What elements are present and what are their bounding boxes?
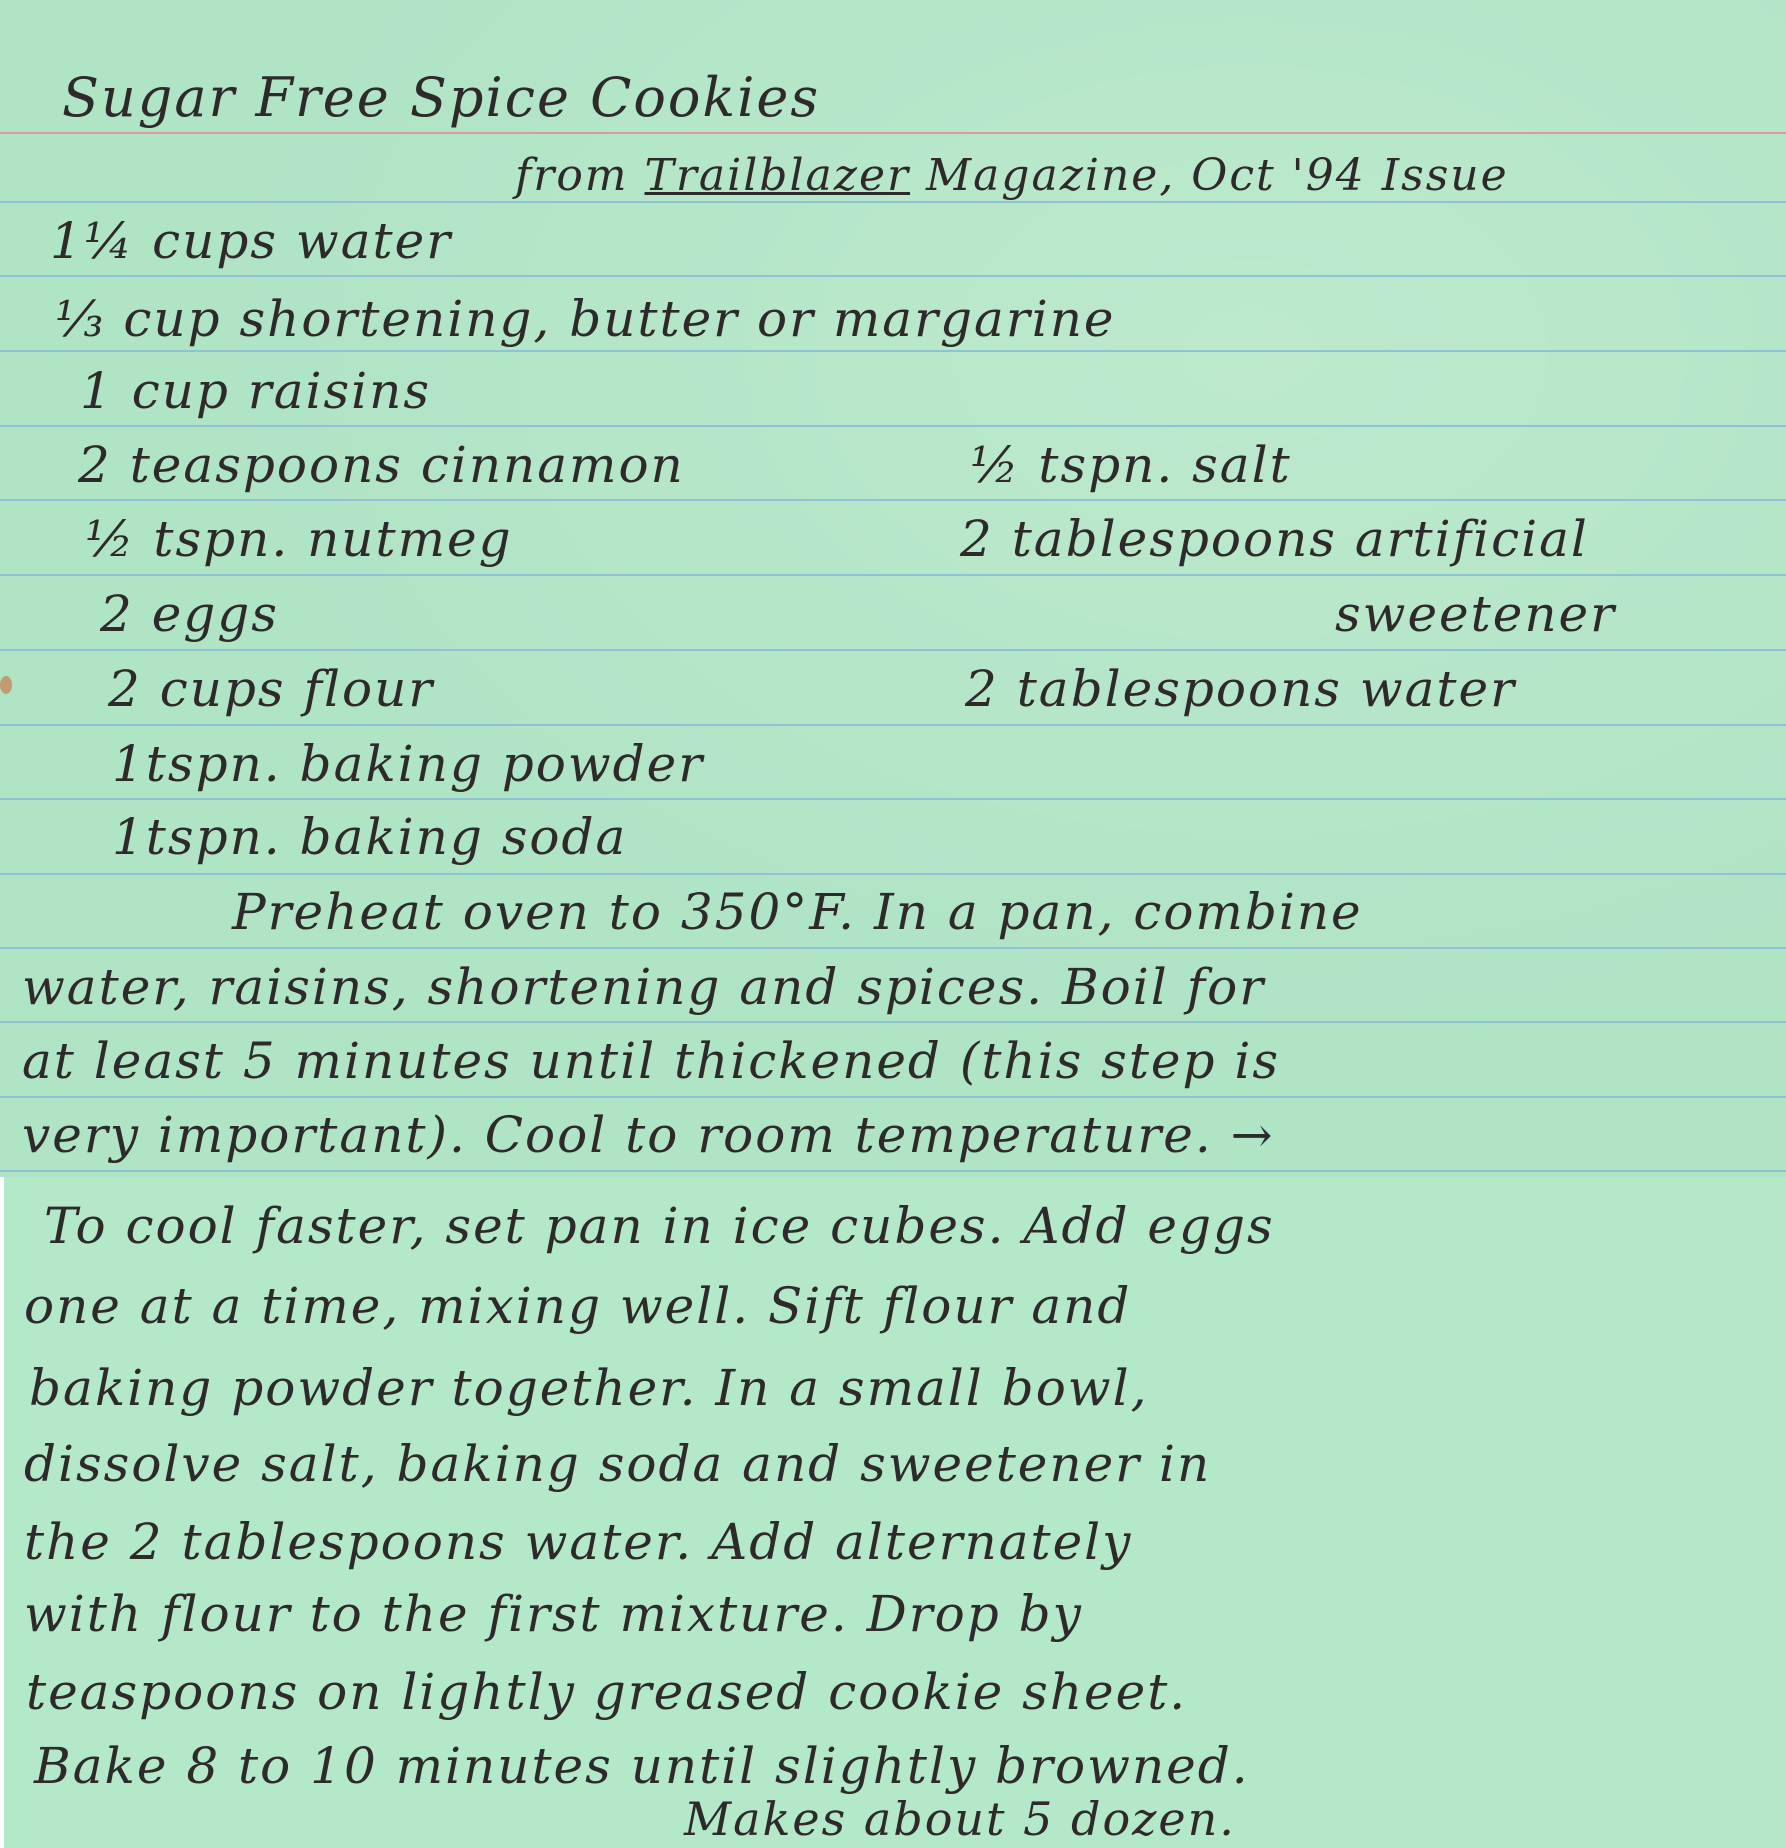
ingredient-line: ½ tspn. salt xyxy=(970,436,1292,494)
directions-line: water, raisins, shortening and spices. B… xyxy=(22,958,1265,1016)
ingredient-line: sweetener xyxy=(1335,585,1616,643)
source-suffix: Magazine, Oct '94 Issue xyxy=(926,150,1509,201)
blue-rule xyxy=(0,425,1786,427)
directions-line: dissolve salt, baking soda and sweetener… xyxy=(24,1435,1211,1493)
ingredient-line: 1tspn. baking powder xyxy=(112,735,704,793)
blue-rule xyxy=(0,798,1786,800)
recipe-card-front: Sugar Free Spice Cookies from Trailblaze… xyxy=(0,0,1786,1177)
directions-line: teaspoons on lightly greased cookie shee… xyxy=(26,1663,1187,1721)
recipe-title: Sugar Free Spice Cookies xyxy=(62,66,820,129)
directions-line: Preheat oven to 350°F. In a pan, combine xyxy=(232,883,1363,941)
blue-rule xyxy=(0,350,1786,352)
ingredient-line: ⅓ cup shortening, butter or margarine xyxy=(55,290,1116,348)
source-publication: Trailblazer xyxy=(645,150,910,201)
directions-line: Bake 8 to 10 minutes until slightly brow… xyxy=(34,1737,1250,1795)
blue-rule xyxy=(0,1170,1786,1172)
ingredient-line: 2 tablespoons water xyxy=(965,660,1516,718)
recipe-yield: Makes about 5 dozen. xyxy=(684,1792,1236,1846)
directions-line: very important). Cool to room temperatur… xyxy=(22,1106,1275,1164)
recipe-source: from Trailblazer Magazine, Oct '94 Issue xyxy=(515,150,1509,201)
directions-line: baking powder together. In a small bowl, xyxy=(29,1359,1148,1417)
directions-line: one at a time, mixing well. Sift flour a… xyxy=(24,1277,1131,1335)
ingredient-line: 2 eggs xyxy=(100,585,279,643)
blue-rule xyxy=(0,724,1786,726)
blue-rule xyxy=(0,873,1786,875)
blue-rule xyxy=(0,1021,1786,1023)
recipe-card-back: To cool faster, set pan in ice cubes. Ad… xyxy=(4,1177,1786,1848)
stain-spot xyxy=(0,676,12,694)
directions-line: To cool faster, set pan in ice cubes. Ad… xyxy=(44,1197,1275,1255)
directions-line: the 2 tablespoons water. Add alternately xyxy=(24,1513,1132,1571)
red-header-rule xyxy=(0,132,1786,134)
ingredient-line: 1 cup raisins xyxy=(80,362,431,420)
blue-rule xyxy=(0,499,1786,501)
blue-rule xyxy=(0,275,1786,277)
ingredient-line: 2 cups flour xyxy=(108,660,434,718)
ingredient-line: 1tspn. baking soda xyxy=(112,808,627,866)
blue-rule xyxy=(0,201,1786,203)
ingredient-line: 1¼ cups water xyxy=(50,212,452,270)
ingredient-line: ½ tspn. nutmeg xyxy=(85,510,513,568)
blue-rule xyxy=(0,649,1786,651)
blue-rule xyxy=(0,574,1786,576)
directions-line: at least 5 minutes until thickened (this… xyxy=(22,1032,1280,1090)
blue-rule xyxy=(0,947,1786,949)
directions-line: with flour to the first mixture. Drop by xyxy=(24,1585,1083,1643)
ingredient-line: 2 tablespoons artificial xyxy=(960,510,1589,568)
ingredient-line: 2 teaspoons cinnamon xyxy=(78,436,685,494)
source-prefix: from xyxy=(515,150,629,201)
blue-rule xyxy=(0,1096,1786,1098)
